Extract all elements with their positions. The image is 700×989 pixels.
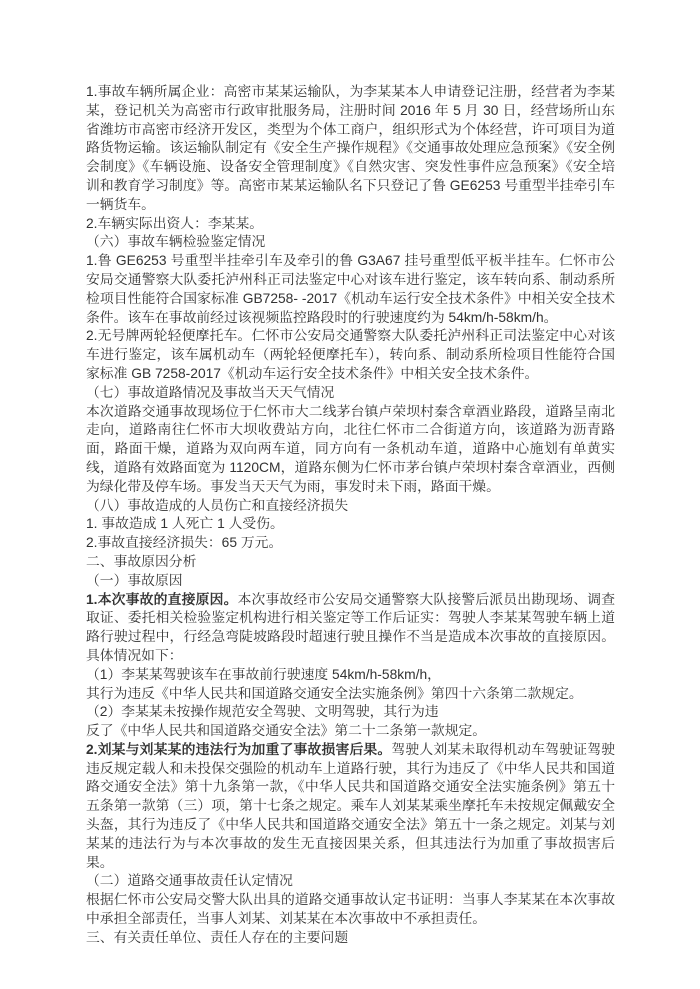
text-run: 反了《中华人民共和国道路交通安全法》第二十二条第一款规定。 — [86, 723, 486, 738]
paragraph: （一）事故原因 — [86, 572, 615, 591]
text-run: 1. 事故造成 1 人死亡 1 人受伤。 — [86, 516, 284, 531]
text-run: （二）道路交通事故责任认定情况 — [86, 873, 293, 888]
paragraph: （六）事故车辆检验鉴定情况 — [86, 233, 615, 252]
paragraph: 1. 事故造成 1 人死亡 1 人受伤。 — [86, 515, 615, 534]
paragraph: 2.无号牌两轮轻便摩托车。仁怀市公安局交通警察大队委托泸州科正司法鉴定中心对该车… — [86, 327, 615, 383]
bold-text-run: 2.刘某与刘某某的违法行为加重了事故损害后果。 — [86, 742, 391, 757]
text-run: 2.事故直接经济损失：65 万元。 — [86, 535, 282, 550]
paragraph: （1）李某某驾驶该车在事故前行驶速度 54km/h-58km/h， — [86, 666, 615, 685]
paragraph: 2.刘某与刘某某的违法行为加重了事故损害后果。驾驶人刘某未取得机动车驾驶证驾驶违… — [86, 741, 615, 873]
text-run: 根据仁怀市公安局交警大队出具的道路交通事故认定书证明：当事人李某某在本次事故中承… — [86, 892, 615, 926]
document-page: 1.事故车辆所属企业：高密市某某运输队，为李某某本人申请登记注册，经营者为李某某… — [0, 0, 700, 989]
text-run: 其行为违反《中华人民共和国道路交通安全法实施条例》第四十六条第二款规定。 — [86, 686, 583, 701]
bold-text-run: 1.本次事故的直接原因。 — [86, 592, 238, 607]
text-run: 二、事故原因分析 — [86, 554, 196, 569]
text-run: 2.车辆实际出资人：李某某。 — [86, 216, 263, 231]
text-run: （八）事故造成的人员伤亡和直接经济损失 — [86, 498, 348, 513]
text-run: 2.无号牌两轮轻便摩托车。仁怀市公安局交通警察大队委托泸州科正司法鉴定中心对该车… — [86, 328, 615, 381]
document-body: 1.事故车辆所属企业：高密市某某运输队，为李某某本人申请登记注册，经营者为李某某… — [86, 83, 615, 948]
paragraph: 2.事故直接经济损失：65 万元。 — [86, 534, 615, 553]
text-run: （六）事故车辆检验鉴定情况 — [86, 234, 265, 249]
paragraph: 三、有关责任单位、责任人存在的主要问题 — [86, 929, 615, 948]
text-run: 1.鲁 GE6253 号重型半挂牵引车及牵引的鲁 G3A67 挂号重型低平板半挂… — [86, 253, 615, 324]
paragraph: （二）道路交通事故责任认定情况 — [86, 872, 615, 891]
text-run: 驾驶人刘某未取得机动车驾驶证驾驶违反规定载人和未投保交强险的机动车上道路行驶，其… — [86, 742, 615, 870]
paragraph: （2）李某某未按操作规范安全驾驶、文明驾驶，其行为违 — [86, 703, 615, 722]
paragraph: 1.本次事故的直接原因。本次事故经市公安局交通警察大队接警后派员出勘现场、调查取… — [86, 591, 615, 666]
paragraph: （七）事故道路情况及事故当天天气情况 — [86, 384, 615, 403]
paragraph: 本次道路交通事故现场位于仁怀市大二线茅台镇卢荣坝村秦含章酒业路段，道路呈南北走向… — [86, 403, 615, 497]
text-run: 三、有关责任单位、责任人存在的主要问题 — [86, 930, 348, 945]
paragraph: 2.车辆实际出资人：李某某。 — [86, 215, 615, 234]
text-run: （2）李某某未按操作规范安全驾驶、文明驾驶，其行为违 — [86, 704, 439, 719]
paragraph: （八）事故造成的人员伤亡和直接经济损失 — [86, 497, 615, 516]
paragraph: 1.事故车辆所属企业：高密市某某运输队，为李某某本人申请登记注册，经营者为李某某… — [86, 83, 615, 215]
paragraph: 其行为违反《中华人民共和国道路交通安全法实施条例》第四十六条第二款规定。 — [86, 685, 615, 704]
text-run: 1.事故车辆所属企业：高密市某某运输队，为李某某本人申请登记注册，经营者为李某某… — [86, 84, 615, 212]
paragraph: 反了《中华人民共和国道路交通安全法》第二十二条第一款规定。 — [86, 722, 615, 741]
text-run: （一）事故原因 — [86, 573, 183, 588]
paragraph: 1.鲁 GE6253 号重型半挂牵引车及牵引的鲁 G3A67 挂号重型低平板半挂… — [86, 252, 615, 327]
paragraph: 根据仁怀市公安局交警大队出具的道路交通事故认定书证明：当事人李某某在本次事故中承… — [86, 891, 615, 929]
paragraph: 二、事故原因分析 — [86, 553, 615, 572]
text-run: （1）李某某驾驶该车在事故前行驶速度 54km/h-58km/h， — [86, 667, 441, 682]
text-run: 本次道路交通事故现场位于仁怀市大二线茅台镇卢荣坝村秦含章酒业路段，道路呈南北走向… — [86, 404, 615, 494]
text-run: （七）事故道路情况及事故当天天气情况 — [86, 385, 334, 400]
